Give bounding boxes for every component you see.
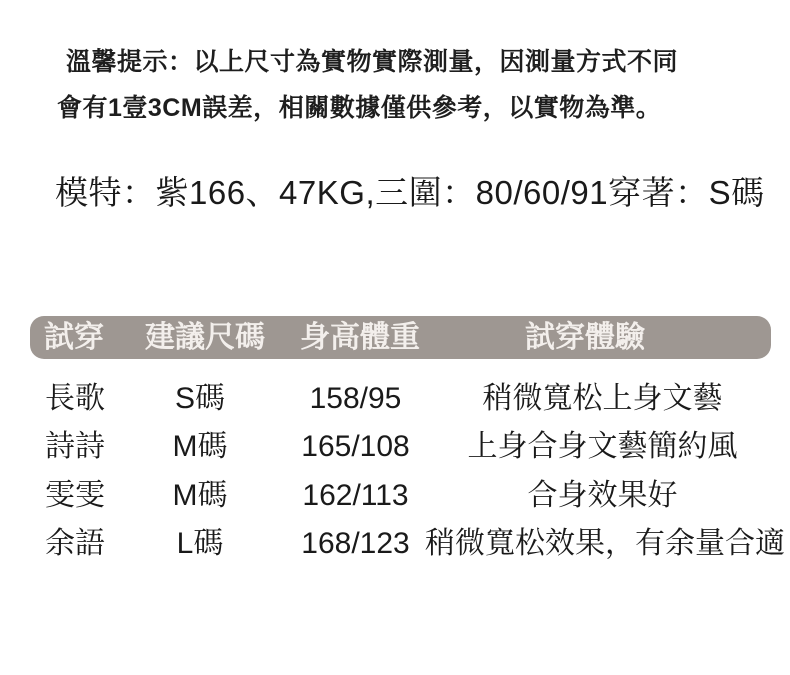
cell-height-weight: 158/95 [278, 381, 433, 417]
measurement-notice-line-1: 溫馨提示：以上尺寸為實物實際測量，因測量方式不同 [66, 42, 678, 78]
cell-height-weight: 165/108 [278, 429, 433, 465]
cell-experience: 上身合身文藝簡約風 [425, 429, 780, 465]
cell-tester-name: 余語 [30, 526, 120, 562]
header-cell-tester: 試穿 [42, 316, 132, 359]
model-info: 模特：紫166、47KG,三圍：80/60/91穿著：S碼 [55, 167, 765, 214]
cell-size: M碼 [140, 478, 260, 514]
measurement-notice-line-2: 會有1壹3CM誤差，相關數據僅供參考，以實物為準。 [57, 88, 661, 124]
header-cell-height-weight: 身高體重 [295, 316, 425, 359]
cell-experience: 稍微寬松效果，有余量合適 [425, 526, 780, 562]
table-row: 詩詩 M碼 165/108 上身合身文藝簡約風 [0, 429, 790, 465]
table-row: 余語 L碼 168/123 稍微寬松效果，有余量合適 [0, 526, 790, 562]
cell-tester-name: 長歌 [30, 381, 120, 417]
header-cell-fit-experience: 試穿體驗 [515, 316, 655, 359]
cell-size: L碼 [140, 526, 260, 562]
table-row: 雯雯 M碼 162/113 合身效果好 [0, 478, 790, 514]
cell-size: M碼 [140, 429, 260, 465]
header-cell-recommended-size: 建議尺碼 [140, 316, 270, 359]
cell-size: S碼 [140, 381, 260, 417]
cell-tester-name: 詩詩 [30, 429, 120, 465]
table-row: 長歌 S碼 158/95 稍微寬松上身文藝 [0, 381, 790, 417]
cell-height-weight: 162/113 [278, 478, 433, 514]
size-guide-page: 溫馨提示：以上尺寸為實物實際測量，因測量方式不同 會有1壹3CM誤差，相關數據僅… [0, 0, 790, 675]
cell-height-weight: 168/123 [278, 526, 433, 562]
size-table-header: 試穿 建議尺碼 身高體重 試穿體驗 [30, 316, 771, 359]
cell-experience: 稍微寬松上身文藝 [425, 381, 780, 417]
cell-experience: 合身效果好 [425, 478, 780, 514]
cell-tester-name: 雯雯 [30, 478, 120, 514]
